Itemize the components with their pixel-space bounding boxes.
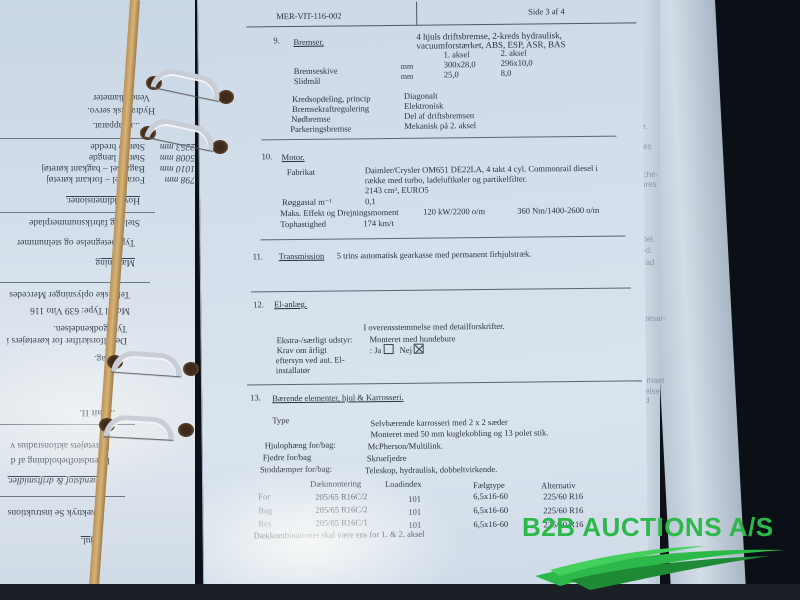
- left-page-value: 1010 mm: [160, 163, 195, 173]
- left-page-line: Foraksel – forkant køretøj: [46, 174, 145, 184]
- tyre-position: Res: [258, 518, 271, 528]
- brake-disc-axle1: 300x28,0: [444, 59, 476, 69]
- make-value: række med turbo, ladeluftkøler og partik…: [365, 174, 527, 186]
- section-title-brakes: Bremser.: [293, 37, 324, 47]
- section-title-body: Bærende elementer, hjul & Karrosseri.: [272, 392, 403, 403]
- type-value: Monteret med 50 mm kuglekobling og 13 po…: [371, 427, 549, 439]
- load-index: 101: [408, 494, 421, 504]
- torque-value: 360 Nm/1400-2600 o/m: [517, 205, 599, 216]
- tyre-table-header: Fælgtype: [473, 480, 505, 490]
- inspection-label: eftersyn ved aut. El-: [276, 354, 345, 365]
- power-value: 120 kW/2200 o/m: [423, 206, 485, 217]
- shocks-label: Stoddæmper for/bag:: [260, 464, 332, 475]
- load-index: 101: [408, 507, 421, 517]
- left-page-line: ...ratapparat.: [93, 120, 140, 130]
- section-number: 9.: [273, 35, 279, 45]
- make-label: Fabrikat: [287, 167, 315, 177]
- punch-hole: [218, 90, 234, 104]
- tyre-position: Bag: [258, 505, 272, 515]
- left-page-rule: [0, 138, 155, 139]
- inspection-label: Krav om årligt: [277, 345, 327, 356]
- section-title-transmission: Transmission: [279, 251, 325, 261]
- left-page-line: Største længde: [89, 152, 145, 162]
- transmission-value: 5 trins automatisk gearkasse med permane…: [337, 249, 532, 261]
- conformity-text: I overensstemmelse med detailforskrifter…: [363, 321, 504, 332]
- section-number: 11.: [253, 251, 263, 261]
- brake-force-value: Elektronisk: [404, 100, 443, 110]
- inspection-options: : Ja Nej: [370, 344, 424, 356]
- no-label: Nej: [400, 345, 412, 355]
- circuit-value: Diagonalt: [404, 90, 438, 100]
- left-page-line: Vendediameter: [93, 92, 150, 102]
- section-number: 12.: [253, 299, 264, 309]
- section-number: 10.: [262, 151, 273, 161]
- parking-brake-value: Mekanisk på 2. aksel: [404, 120, 476, 131]
- section-divider: [247, 380, 642, 385]
- brake-disc-label: Bremseskive: [294, 66, 338, 76]
- document-id: MER-VIT-116-002: [276, 10, 342, 21]
- punch-hole: [178, 423, 194, 437]
- extra-equipment-label: Ekstra-/særligt udstyr:: [277, 334, 353, 345]
- section-divider: [261, 236, 626, 241]
- type-label: Type: [272, 415, 289, 425]
- section-divider: [251, 287, 631, 292]
- brakes-description: vacuumforstærket, ABS, ESP, ASR, BAS: [416, 39, 565, 51]
- smoke-value: 0,1: [365, 196, 376, 206]
- left-page-rule: [0, 282, 150, 283]
- yes-label: : Ja: [370, 345, 382, 355]
- type-value: Selvbærende karrosseri med 2 x 2 sæder: [370, 417, 507, 428]
- springs-value: Skruefjedre: [367, 453, 407, 463]
- wear-limit-axle2: 8,0: [501, 68, 512, 78]
- brake-force-label: Bremsekraftregulering: [292, 103, 369, 114]
- tyre-size: 205/65 R16C/1: [315, 517, 367, 528]
- smoke-label: Røggastal m⁻¹: [282, 197, 332, 209]
- power-label: Maks. Effekt og Drejningsmoment: [280, 207, 398, 218]
- left-page-heading: Hoveddimensioner.: [66, 195, 140, 205]
- section-title-electrical: El-anlæg.: [274, 299, 307, 309]
- wear-limit-axle1: 25,0: [444, 69, 459, 79]
- shocks-value: Teleskop, hydraulisk, dobbeltvirkende.: [365, 464, 497, 475]
- rim-type: 6,5x16-60: [473, 519, 508, 529]
- section-title-engine: Motor.: [282, 152, 305, 162]
- left-page-value: 798 mm: [165, 174, 195, 184]
- make-value: 2143 cm³, EURO5: [365, 185, 429, 196]
- tyre-size: 205/65 R16C/2: [315, 491, 367, 502]
- axle-header-2: 2. aksel: [501, 48, 527, 58]
- suspension-value: McPherson/Multilink.: [368, 440, 443, 451]
- left-page-line: Største bredde: [90, 141, 145, 151]
- parking-brake-label: Parkeringsbremse: [290, 123, 351, 134]
- rim-type: 6,5x16-60: [473, 491, 508, 501]
- tyre-size: 205/65 R16C/2: [315, 504, 367, 515]
- document-page: MER-VIT-116-002 Side 3 af 4 9. Bremser. …: [197, 0, 648, 590]
- tyre-table-header: Dækmontering: [310, 478, 361, 489]
- top-speed-value: 174 km/t: [363, 218, 394, 228]
- no-checkbox[interactable]: [414, 344, 424, 354]
- punch-hole: [183, 362, 199, 376]
- rim-type: 6,5x16-60: [473, 505, 508, 515]
- axle-header-1: 1. aksel: [444, 49, 470, 59]
- section-number: 13.: [250, 392, 261, 402]
- left-page-value: 5008 mm: [160, 152, 195, 162]
- unit-mm: mm: [401, 62, 414, 71]
- springs-label: Fjedre for/bag: [263, 452, 311, 463]
- left-page-line: Dæktryk Se instruktions: [8, 507, 100, 517]
- tyre-position: For: [258, 491, 270, 501]
- wear-limit-label: Slidmål: [294, 76, 321, 86]
- extra-equipment-value: Monteret med hundebure: [370, 333, 456, 344]
- tyre-table-header: Alternativ: [541, 480, 576, 490]
- alternative-tyre: 225/60 R16: [543, 491, 583, 501]
- left-page-rule: [0, 212, 155, 213]
- section-divider: [261, 136, 616, 141]
- tyre-footnote: Dækkombinationer skal være ens for 1. & …: [254, 529, 425, 541]
- tyre-table-header: Loadindex: [385, 479, 421, 489]
- page-number: Side 3 af 4: [528, 6, 565, 16]
- emergency-brake-label: Nødbremse: [291, 114, 330, 124]
- watermark-text: B2B AUCTIONS A/S: [522, 512, 774, 543]
- yes-checkbox[interactable]: [383, 344, 393, 354]
- unit-mm: mm: [401, 72, 414, 81]
- left-page-line: Bagaksel – bagkant køretøj: [41, 163, 145, 173]
- swoosh-icon: [530, 540, 790, 590]
- top-speed-label: Tophastighed: [280, 219, 326, 229]
- inspection-label: installatør: [276, 365, 310, 375]
- suspension-label: Hjulophæng for/bag:: [265, 440, 336, 451]
- punch-hole: [212, 140, 228, 154]
- brake-disc-axle2: 296x10,0: [501, 57, 533, 67]
